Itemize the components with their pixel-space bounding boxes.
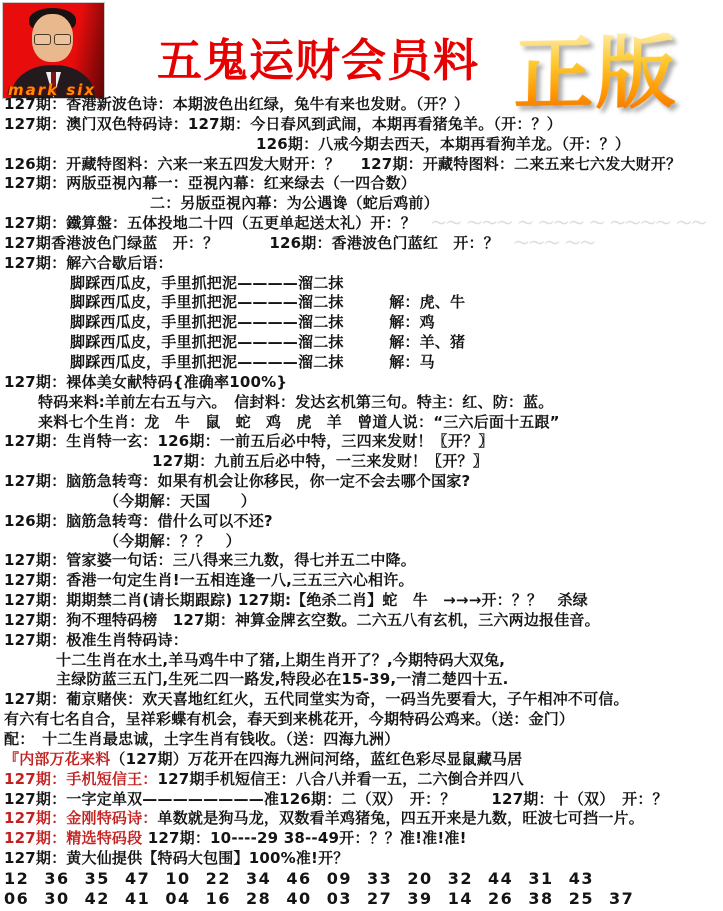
text-line: 脚踩西瓜皮，手里抓把泥————溜二抹 — [4, 274, 723, 294]
text-line: 主绿防蓝三五门,生死二四一路发,特段必在15-39,一清二楚四十五. — [4, 670, 723, 690]
text-line: 127期：澳门双色特码诗：127期：今日春风到武闹，本期再看猪兔羊。（开：？） — [4, 115, 723, 135]
text-segment: 来料七个生肖：龙 牛 鼠 蛇 鸡 虎 羊 曾道人说：“三六后面十五跟” — [38, 413, 560, 431]
text-line: 有六有七名自合，呈祥彩蝶有机会，春天到来桃花开，今期特码公鸡来。（送：金门） — [4, 710, 723, 730]
text-line: 126期：八戒今期去西天，本期再看狗羊龙。（开：？） — [4, 135, 723, 155]
text-segment: 127期：极准生肖特码诗： — [4, 631, 188, 649]
text-segment: 127期：手机短信王： — [4, 770, 158, 788]
text-segment: 126期：开藏特图料：六来一来五四发大财开：？ 127期：开藏特图料：二来五来七… — [4, 155, 681, 173]
text-segment: 126期：八戒今期去西天，本期再看狗羊龙。（开：？） — [256, 135, 630, 153]
text-segment: 脚踩西瓜皮，手里抓把泥————溜二抹 — [70, 274, 344, 292]
text-segment: 脚踩西瓜皮，手里抓把泥————溜二抹 解：虎、牛 — [70, 293, 465, 311]
text-segment: 127期：两版亞視內幕一：亞視內幕：红来绿去（一四合数） — [4, 174, 416, 192]
text-segment: 127期：香港新波色诗：本期波色出红绿，兔牛有来也发财。（开？） — [4, 95, 469, 113]
text-line: 127期：管家婆一句话：三八得来三九数，得七并五二中降。 — [4, 551, 723, 571]
text-segment: 单数就是狗马龙，双数看羊鸡猪兔，四五开来是九数，旺波七可挡一片。 — [158, 809, 644, 827]
text-line: 127期：两版亞視內幕一：亞視內幕：红来绿去（一四合数） — [4, 174, 723, 194]
text-segment: 127期：一字定单双————————准126期：二（双） 开：？ 127期：十（… — [4, 790, 668, 808]
text-line: 脚踩西瓜皮，手里抓把泥————溜二抹 解：虎、牛 — [4, 293, 723, 313]
text-segment: 127期：期期禁二肖(请长期跟踪) 127期:【绝杀二肖】蛇 牛 →→→开：？？… — [4, 591, 588, 609]
text-line: 127期：香港一句定生肖!一五相连逢一八,三五三六心相许。 — [4, 571, 723, 591]
page: { "header": { "title": "五鬼运财会员料", "badge… — [0, 0, 723, 911]
text-line: 127期：鐵算盤：五体投地二十四（五更单起送太礼）开：？ ～～ ～～～ ～ ～～… — [4, 214, 723, 234]
text-segment: 127期：裸体美女献特码{准确率100%} — [4, 373, 287, 391]
text-line: 127期：手机短信王：127期手机短信王：八合八并看一五，二六倒合并四八 — [4, 770, 723, 790]
text-line: 127期：极准生肖特码诗： — [4, 631, 723, 651]
text-segment: 127期：脑筋急转弯：如果有机会让你移民，你一定不会去哪个国家? — [4, 472, 470, 490]
text-segment: 有六有七名自合，呈祥彩蝶有机会，春天到来桃花开，今期特码公鸡来。（送：金门） — [4, 710, 574, 728]
glasses-left-lens — [34, 34, 51, 45]
text-segment: （127期）万花开在四海九洲问河络，蓝红色彩尽显鼠藏马居 — [110, 750, 522, 768]
text-segment: 127期：葡京赌侠：欢天喜地红红火，五代同堂实为奇，一码当先要看大，子午相冲不可… — [4, 690, 629, 708]
text-segment: 127期：解六合歇后语： — [4, 254, 173, 272]
text-segment: 『内部万花来料 — [4, 750, 110, 768]
text-segment: 127期：狗不理特码榜 127期：神算金牌玄空数。二六五八有玄机，三六两边报佳音… — [4, 611, 600, 629]
text-segment: 127期手机短信王：八合八并看一五，二六倒合并四八 — [158, 770, 524, 788]
text-line: 127期：裸体美女献特码{准确率100%} — [4, 373, 723, 393]
text-segment: 二：另版亞視內幕：为公遇谗（蛇后鸡前） — [150, 194, 439, 212]
text-line: 127期：精选特码段 127期：10----29 38--49开：？？准!准!准… — [4, 829, 723, 849]
text-line: 脚踩西瓜皮，手里抓把泥————溜二抹 解：羊、猪 — [4, 333, 723, 353]
text-line: 『内部万花来料（127期）万花开在四海九洲问河络，蓝红色彩尽显鼠藏马居 — [4, 750, 723, 770]
text-line: 127期：金刚特码诗：单数就是狗马龙，双数看羊鸡猪兔，四五开来是九数，旺波七可挡… — [4, 809, 723, 829]
text-line: （今期解：？？ ） — [4, 532, 723, 552]
text-line: 127期：九前五后必中特，一三来发财！〖开？〗 — [4, 452, 723, 472]
text-line: 127期：脑筋急转弯：如果有机会让你移民，你一定不会去哪个国家? — [4, 472, 723, 492]
text-line: 二：另版亞視內幕：为公遇谗（蛇后鸡前） — [4, 194, 723, 214]
text-segment: 配： 十二生肖最忠诚，土字生肖有钱收。（送：四海九洲） — [4, 730, 399, 748]
text-line: 127期：生肖特一玄：126期：一前五后必中特，三四来发财！〖开？〗 — [4, 432, 723, 452]
text-line: （今期解：天国 ） — [4, 492, 723, 512]
text-segment: 127期：金刚特码诗： — [4, 809, 158, 827]
text-segment: 十二生肖在水土,羊马鸡牛中了猪,上期生肖开了？,今期特码大双兔, — [56, 651, 505, 669]
text-line: 脚踩西瓜皮，手里抓把泥————溜二抹 解：鸡 — [4, 313, 723, 333]
text-line: 十二生肖在水土,羊马鸡牛中了猪,上期生肖开了？,今期特码大双兔, — [4, 651, 723, 671]
text-segment: 脚踩西瓜皮，手里抓把泥————溜二抹 解：鸡 — [70, 313, 435, 331]
text-segment: ～～ ～～～ ～ ～～～ ～ ～～～～ ～～ — [416, 214, 707, 232]
text-segment: 127期香港波色门绿蓝 开：？ 126期：香港波色门蓝红 开：？ — [4, 234, 499, 252]
text-line: 06 30 42 41 04 16 28 40 03 27 39 14 26 3… — [4, 889, 723, 909]
text-line: 来料七个生肖：龙 牛 鼠 蛇 鸡 虎 羊 曾道人说：“三六后面十五跟” — [4, 413, 723, 433]
text-segment: 12 36 35 47 10 22 34 46 09 33 20 32 44 3… — [4, 869, 594, 888]
portrait-photo: mark six — [2, 2, 105, 99]
text-segment: 脚踩西瓜皮，手里抓把泥————溜二抹 解：马 — [70, 353, 435, 371]
text-segment: 126期：脑筋急转弯：借什么可以不还? — [4, 512, 273, 530]
text-line: 127期：黄大仙提供【特码大包围】100%准!开？ — [4, 849, 723, 869]
page-title: 五鬼运财会员料 — [157, 24, 479, 89]
text-segment: 127期：香港一句定生肖!一五相连逢一八,三五三六心相许。 — [4, 571, 414, 589]
text-segment: 127期：管家婆一句话：三八得来三九数，得七并五二中降。 — [4, 551, 416, 569]
text-line: 127期：一字定单双————————准126期：二（双） 开：？ 127期：十（… — [4, 790, 723, 810]
text-line: 126期：脑筋急转弯：借什么可以不还? — [4, 512, 723, 532]
text-segment: （今期解：？？ ） — [104, 532, 241, 550]
text-segment: 主绿防蓝三五门,生死二四一路发,特段必在15-39,一清二楚四十五. — [56, 670, 509, 688]
text-segment: 127期：生肖特一玄：126期：一前五后必中特，三四来发财！〖开？〗 — [4, 432, 493, 450]
text-segment: 127期：精选特码段 — [4, 829, 142, 847]
text-line: 特码来料:羊前左右五与六。 信封料：发达玄机第三句。特主：红、防：蓝。 — [4, 393, 723, 413]
text-line: 脚踩西瓜皮，手里抓把泥————溜二抹 解：马 — [4, 353, 723, 373]
text-segment: 脚踩西瓜皮，手里抓把泥————溜二抹 解：羊、猪 — [70, 333, 465, 351]
text-line: 127期：狗不理特码榜 127期：神算金牌玄空数。二六五八有玄机，三六两边报佳音… — [4, 611, 723, 631]
text-segment: （今期解：天国 ） — [104, 492, 256, 510]
glasses-right-lens — [54, 34, 71, 45]
text-line: 126期：开藏特图料：六来一来五四发大财开：？ 127期：开藏特图料：二来五来七… — [4, 155, 723, 175]
glasses-icon — [34, 34, 71, 43]
text-line: 12 36 35 47 10 22 34 46 09 33 20 32 44 3… — [4, 869, 723, 889]
text-line: 127期：香港新波色诗：本期波色出红绿，兔牛有来也发财。（开？） — [4, 95, 723, 115]
text-line: 配： 十二生肖最忠诚，土字生肖有钱收。（送：四海九洲） — [4, 730, 723, 750]
text-segment: 06 30 42 41 04 16 28 40 03 27 39 14 26 3… — [4, 889, 634, 908]
text-segment: ～～～ ～～ — [499, 234, 596, 252]
text-line: 127期：解六合歇后语： — [4, 254, 723, 274]
text-segment: 127期：鐵算盤：五体投地二十四（五更单起送太礼）开：？ — [4, 214, 416, 232]
text-segment: 127期：10----29 38--49开：？？准!准!准! — [142, 829, 466, 847]
text-segment: 127期：澳门双色特码诗：127期：今日春风到武闹，本期再看猪兔羊。（开：？） — [4, 115, 562, 133]
text-segment: 127期：九前五后必中特，一三来发财！〖开？〗 — [152, 452, 488, 470]
text-lines: 127期：香港新波色诗：本期波色出红绿，兔牛有来也发财。（开？）127期：澳门双… — [4, 95, 723, 909]
text-line: 127期香港波色门绿蓝 开：？ 126期：香港波色门蓝红 开：？ ～～～ ～～ — [4, 234, 723, 254]
text-line: 127期：期期禁二肖(请长期跟踪) 127期:【绝杀二肖】蛇 牛 →→→开：？？… — [4, 591, 723, 611]
text-line: 127期：葡京赌侠：欢天喜地红红火，五代同堂实为奇，一码当先要看大，子午相冲不可… — [4, 690, 723, 710]
text-segment: 特码来料:羊前左右五与六。 信封料：发达玄机第三句。特主：红、防：蓝。 — [38, 393, 554, 411]
text-segment: 127期：黄大仙提供【特码大包围】100%准!开？ — [4, 849, 349, 867]
